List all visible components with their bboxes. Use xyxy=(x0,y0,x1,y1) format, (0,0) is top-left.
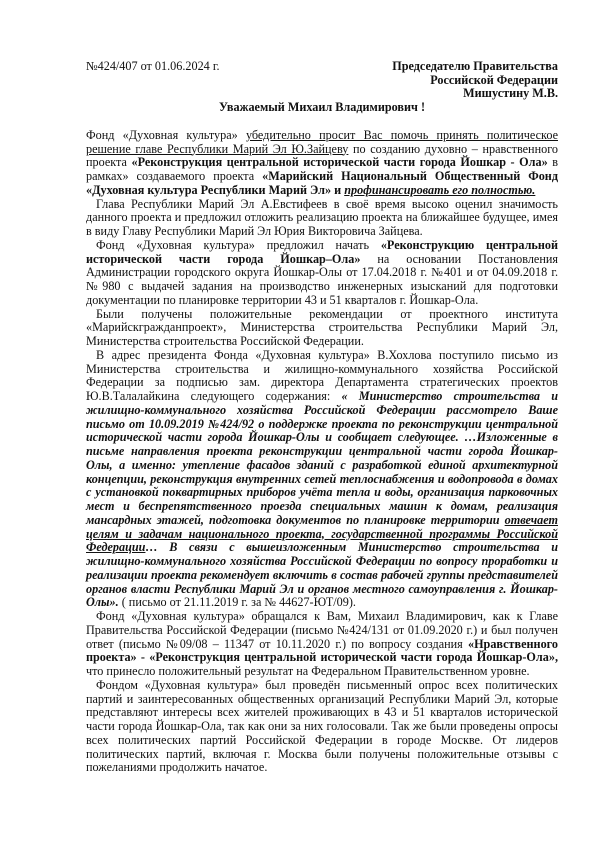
addressee-line: Мишустину М.В. xyxy=(392,87,558,101)
letter-page: №424/407 от 01.06.2024 г. Председателю П… xyxy=(86,60,558,775)
reference-number: №424/407 от 01.06.2024 г. xyxy=(86,60,220,74)
addressee-line: Председателю Правительства xyxy=(392,60,558,74)
addressee-line: Российской Федерации xyxy=(392,74,558,88)
paragraph-proposal: Фонд «Духовная культура» предложил начат… xyxy=(86,239,558,308)
paragraph-ministry-letter: В адрес президента Фонда «Духовная культ… xyxy=(86,349,558,610)
letter-header: №424/407 от 01.06.2024 г. Председателю П… xyxy=(86,60,558,101)
paragraph-recommendations: Были получены положительные рекомендации… xyxy=(86,308,558,349)
greeting: Уважаемый Михаил Владимирович ! xyxy=(86,101,558,115)
paragraph-head-of-republic: Глава Республики Марий Эл А.Евстифеев в … xyxy=(86,198,558,239)
paragraph-survey: Фондом «Духовная культура» был проведён … xyxy=(86,679,558,775)
paragraph-request: Фонд «Духовная культура» убедительно про… xyxy=(86,129,558,198)
addressee-block: Председателю Правительства Российской Фе… xyxy=(392,60,558,101)
paragraph-appeal: Фонд «Духовная культура» обращался к Вам… xyxy=(86,610,558,679)
